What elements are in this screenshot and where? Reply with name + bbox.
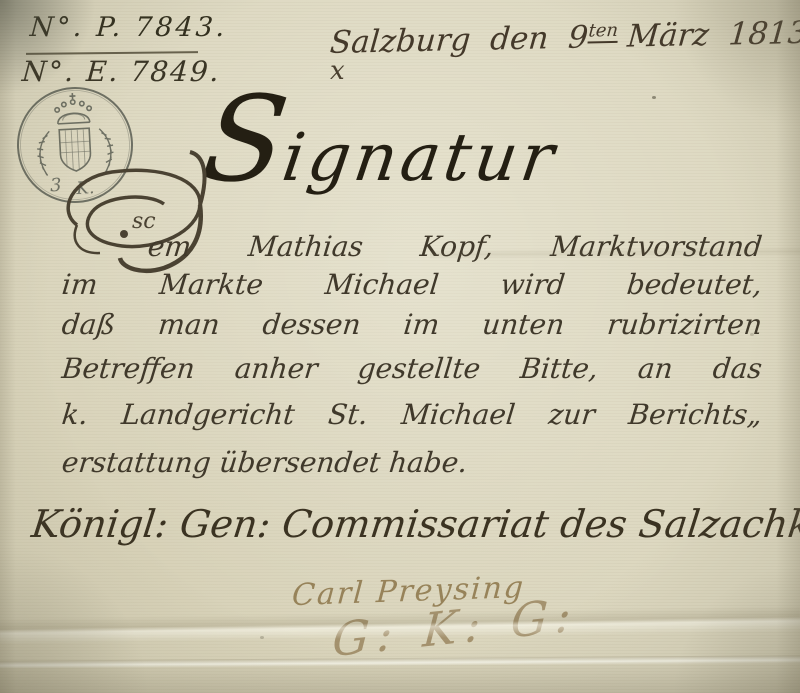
dateline-pre: Salzburg den 9 (329, 19, 590, 60)
ink-speck (652, 96, 656, 99)
dateline-ordinal-suffix: ten (588, 19, 619, 43)
dateline: Salzburg den 9tenMärz 1813. (329, 15, 798, 61)
ink-speck (260, 636, 264, 639)
body-line-6: erstattung übersendet habe. (60, 446, 763, 479)
body-line-3: daß man dessen im unten rubrizirten (60, 308, 763, 341)
body-line-2: im Markte Michael wird bedeutet, (60, 268, 763, 301)
body-line-5: k. Landgericht St. Michael zur Berichts„ (60, 398, 763, 431)
paper-fold-crease (0, 655, 800, 669)
crown-icon (54, 92, 92, 124)
document-title: Signatur (197, 80, 568, 198)
dateline-post: März 1813. (626, 15, 800, 55)
registry-number-1: N°. P. 7843. (29, 12, 229, 43)
ink-speck (750, 333, 754, 336)
title-rest: ignatur (278, 119, 563, 196)
body-line-4: Betreffen anher gestellte Bitte, an das (60, 352, 763, 385)
issuing-office-line: Königl: Gen: Commissariat des Salzachkre… (29, 502, 776, 546)
document-scan: N°. P. 7843. N°. E. 7849. (0, 0, 800, 693)
